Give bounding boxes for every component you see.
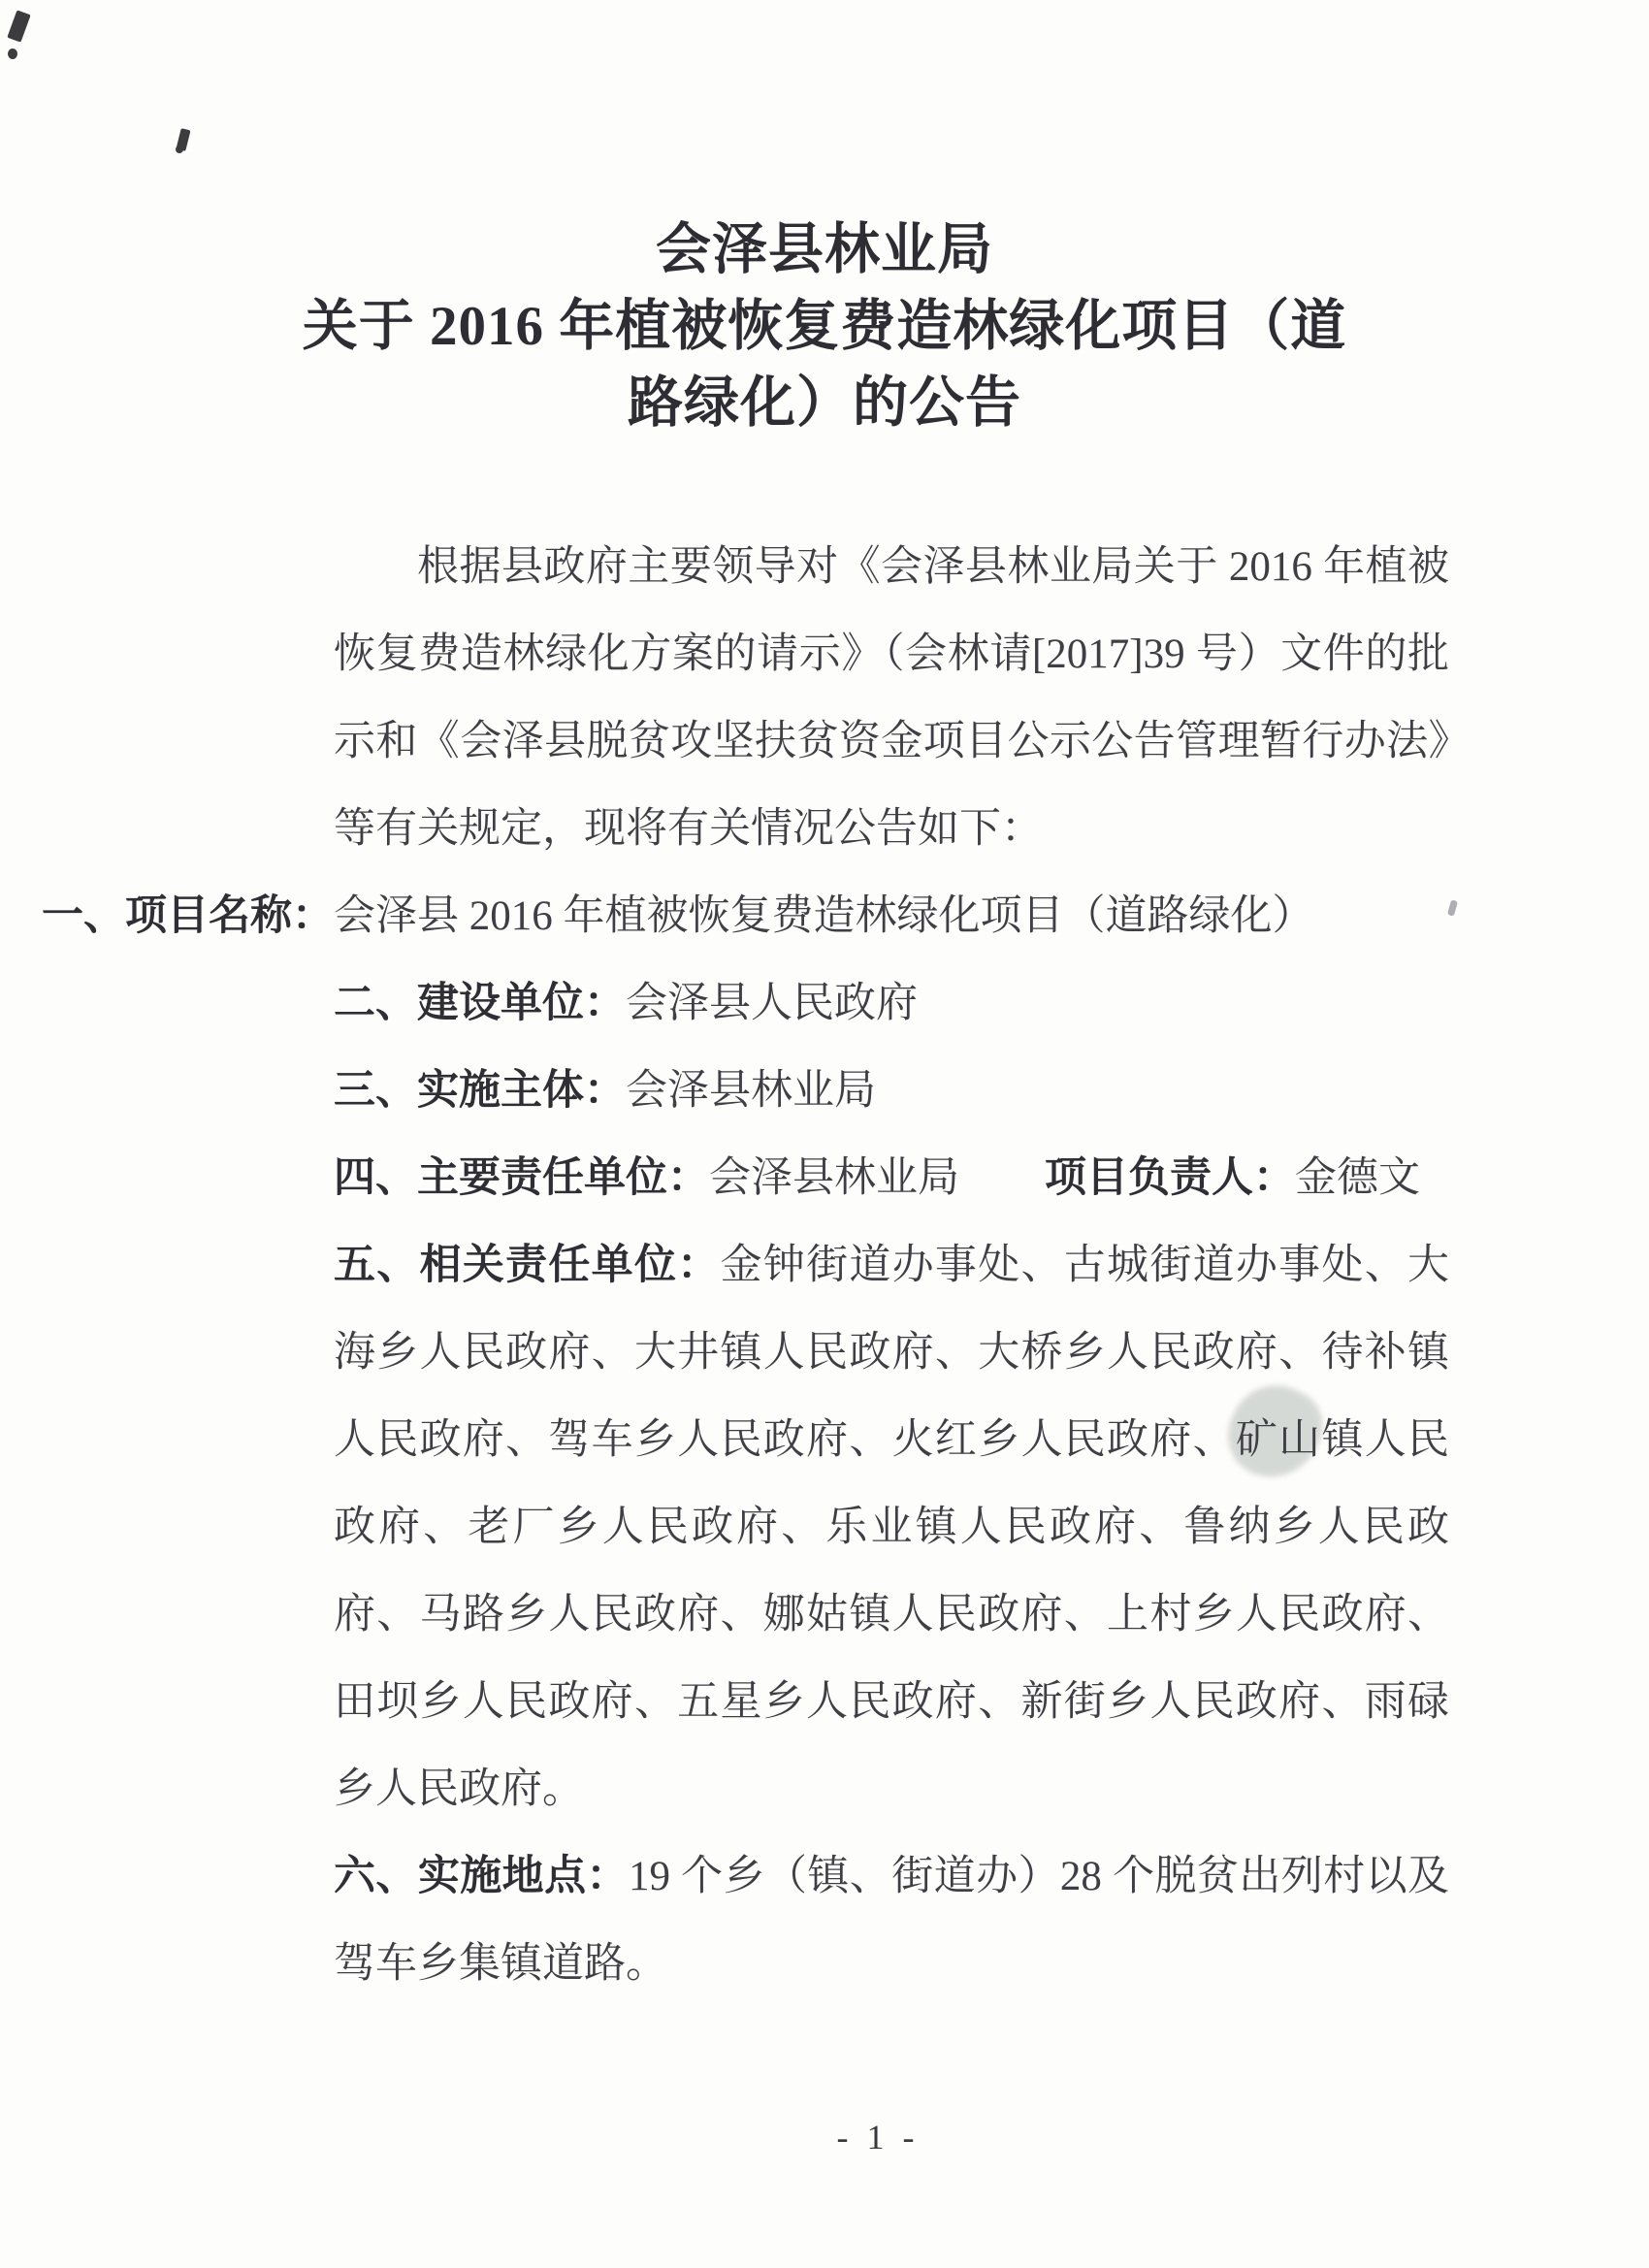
item-project-name-label: 一、项目名称： [42, 893, 334, 939]
item-implementation-location: 六、实施地点：19 个乡（镇、街道办）28 个脱贫出列村以及驾车乡集镇道路。 [334, 1833, 1449, 2008]
document-body: 根据县政府主要领导对《会泽县林业局关于 2016 年植被恢复费造林绿化方案的请示… [334, 524, 1449, 2008]
title-line-1: 会泽县林业局 [0, 211, 1649, 288]
item-implementation-body-label: 三、实施主体： [334, 1068, 626, 1114]
document-page: 会泽县林业局 关于 2016 年植被恢复费造林绿化项目（道 路绿化）的公告 根据… [0, 0, 1649, 2268]
title-line-2: 关于 2016 年植被恢复费造林绿化项目（道 [0, 288, 1649, 365]
document-title: 会泽县林业局 关于 2016 年植被恢复费造林绿化项目（道 路绿化）的公告 [0, 211, 1649, 441]
item-project-name-text: 会泽县 2016 年植被恢复费造林绿化项目（道路绿化） [334, 893, 1314, 939]
item-responsible-unit-label: 四、主要责任单位： [334, 1155, 709, 1201]
item-construction-unit-label: 二、建设单位： [334, 981, 626, 1026]
item-related-units-label: 五、相关责任单位： [334, 1243, 721, 1288]
item-responsible-unit: 四、主要责任单位：会泽县林业局项目负责人：金德文 [334, 1135, 1449, 1222]
project-leader-label: 项目负责人： [1045, 1155, 1295, 1201]
intro-paragraph: 根据县政府主要领导对《会泽县林业局关于 2016 年植被恢复费造林绿化方案的请示… [334, 524, 1449, 873]
item-responsible-unit-text: 会泽县林业局 [709, 1155, 959, 1201]
item-related-units: 五、相关责任单位：金钟街道办事处、古城街道办事处、大海乡人民政府、大井镇人民政府… [334, 1222, 1449, 1833]
scan-speck-icon [7, 10, 30, 42]
item-implementation-body-text: 会泽县林业局 [626, 1068, 876, 1114]
title-line-3: 路绿化）的公告 [0, 365, 1649, 441]
item-implementation-body: 三、实施主体：会泽县林业局 [334, 1048, 1449, 1135]
item-related-units-text: 金钟街道办事处、古城街道办事处、大海乡人民政府、大井镇人民政府、大桥乡人民政府、… [334, 1243, 1449, 1812]
item-implementation-location-label: 六、实施地点： [334, 1854, 629, 1899]
scan-speck-icon [8, 49, 17, 59]
page-number: - 1 - [0, 2117, 1649, 2157]
project-leader-name: 金德文 [1295, 1155, 1420, 1201]
scan-speck-icon [176, 146, 183, 153]
item-construction-unit-text: 会泽县人民政府 [626, 981, 918, 1026]
item-project-name: 一、项目名称：会泽县 2016 年植被恢复费造林绿化项目（道路绿化） [334, 873, 1449, 960]
item-construction-unit: 二、建设单位：会泽县人民政府 [334, 960, 1449, 1048]
